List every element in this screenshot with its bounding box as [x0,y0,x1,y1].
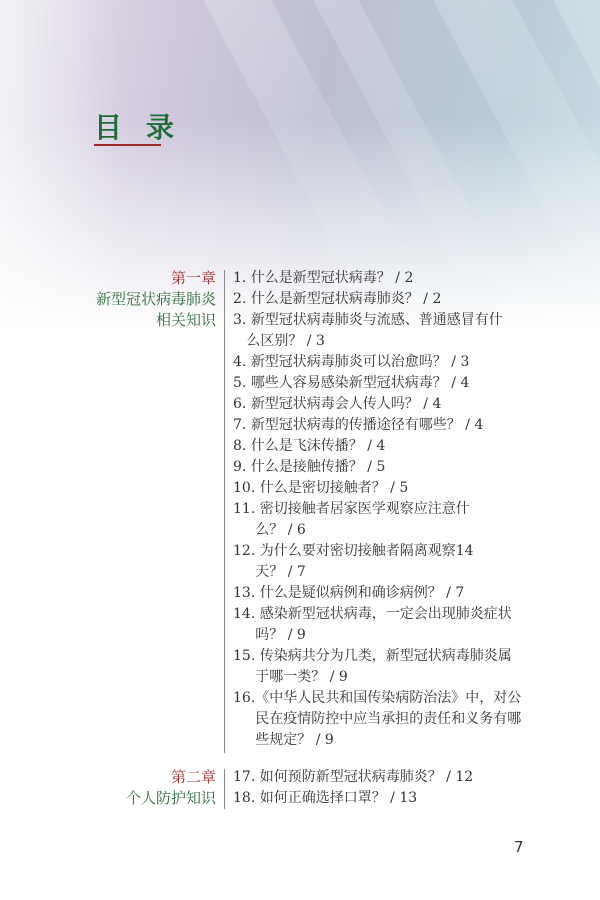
entry-number: 5. [233,373,246,394]
separator: / [386,790,400,806]
entry-text: 什么是接触传播？ [251,459,363,475]
toc-entry[interactable]: 18. 如何正确选择口罩？ / 13 [233,788,543,809]
entry-text: 什么是新型冠状病毒肺炎？ [251,291,419,307]
toc-entry[interactable]: 12. 为什么要对密切接触者隔离观察14天？ / 7 [233,541,483,583]
entry-page: 4 [460,375,469,391]
chapter-1-heading: 第一章 新型冠状病毒肺炎 相关知识 [96,268,216,331]
entry-page: 4 [432,396,441,412]
separator: / [461,417,475,433]
entry-number: 8. [233,436,246,457]
separator: / [311,732,325,748]
chapter-divider [224,270,225,753]
chapter-name-line: 新型冠状病毒肺炎 [96,289,216,310]
toc-entry[interactable]: 16.《中华人民共和国传染病防治法》中，对公民在疫情防控中应当承担的责任和义务有… [233,688,533,751]
toc-entry[interactable]: 15. 传染病共分为几类，新型冠状病毒肺炎属于哪一类？ / 9 [233,646,523,688]
entry-page: 5 [399,480,408,496]
entry-number: 4. [233,352,246,373]
entry-number: 12. [233,541,255,583]
chapter-name-line: 个人防护知识 [126,788,216,809]
entry-number: 11. [233,499,255,541]
title-char-1: 目 [94,106,122,146]
entry-page: 2 [432,291,441,307]
entry-text: 什么是飞沫传播？ [251,438,363,454]
entry-text: 《中华人民共和国传染病防治法》中，对公民在疫情防控中应当承担的责任和义务有哪些规… [255,690,521,748]
separator: / [302,333,316,349]
page-number: 7 [514,838,524,856]
entry-number: 14. [233,604,255,646]
separator: / [283,564,297,580]
entry-text: 什么是新型冠状病毒？ [251,270,391,286]
toc-entry[interactable]: 1. 什么是新型冠状病毒？ / 2 [233,268,543,289]
entry-number: 18. [233,788,255,809]
toc-entry[interactable]: 2. 什么是新型冠状病毒肺炎？ / 2 [233,289,543,310]
separator: / [283,522,297,538]
separator: / [419,396,433,412]
toc-entry[interactable]: 8. 什么是飞沫传播？ / 4 [233,436,543,457]
toc-entry[interactable]: 11. 密切接触者居家医学观察应注意什么？ / 6 [233,499,483,541]
entry-page: 5 [376,459,385,475]
entry-number: 10. [233,478,255,499]
toc-entry[interactable]: 7. 新型冠状病毒的传播途径有哪些？ / 4 [233,415,543,436]
page-title: 目 录 [94,106,174,146]
entry-text: 传染病共分为几类，新型冠状病毒肺炎属于哪一类？ [255,648,511,685]
entry-text: 如何预防新型冠状病毒肺炎？ [260,769,442,785]
chapter-2-heading: 第二章 个人防护知识 [126,767,216,809]
separator: / [363,438,377,454]
entry-text: 什么是密切接触者？ [260,480,386,496]
entry-number: 1. [233,268,246,289]
toc-entry[interactable]: 10. 什么是密切接触者？ / 5 [233,478,543,499]
toc-entry[interactable]: 6. 新型冠状病毒会人传人吗？ / 4 [233,394,543,415]
title-underline [94,144,161,146]
entry-text: 如何正确选择口罩？ [260,790,386,806]
entry-page: 7 [297,564,306,580]
entry-number: 3. [233,310,246,352]
entry-text: 什么是疑似病例和确诊病例？ [260,585,442,601]
separator: / [386,480,400,496]
entry-page: 3 [460,354,469,370]
entry-text: 新型冠状病毒肺炎可以治愈吗？ [251,354,447,370]
entry-page: 12 [455,769,473,785]
chapter-name-line: 相关知识 [96,310,216,331]
separator: / [447,375,461,391]
separator: / [391,270,405,286]
toc-entries: 1. 什么是新型冠状病毒？ / 2 2. 什么是新型冠状病毒肺炎？ / 2 3.… [233,268,543,751]
separator: / [325,669,339,685]
entry-text: 哪些人容易感染新型冠状病毒？ [251,375,447,391]
separator: / [442,769,456,785]
entry-page: 6 [297,522,306,538]
entry-number: 2. [233,289,246,310]
separator: / [283,627,297,643]
separator: / [447,354,461,370]
entry-number: 13. [233,583,255,604]
toc-entry[interactable]: 4. 新型冠状病毒肺炎可以治愈吗？ / 3 [233,352,543,373]
entry-page: 9 [339,669,348,685]
toc-entry[interactable]: 17. 如何预防新型冠状病毒肺炎？ / 12 [233,767,543,788]
entry-number: 6. [233,394,246,415]
entry-page: 9 [325,732,334,748]
toc-entry[interactable]: 9. 什么是接触传播？ / 5 [233,457,543,478]
entry-text: 新型冠状病毒会人传人吗？ [251,396,419,412]
entry-page: 4 [376,438,385,454]
separator: / [442,585,456,601]
title-char-2: 录 [146,106,174,146]
separator: / [419,291,433,307]
toc-entry[interactable]: 5. 哪些人容易感染新型冠状病毒？ / 4 [233,373,543,394]
entry-page: 3 [316,333,325,349]
chapter-number: 第二章 [126,767,216,788]
toc-entry[interactable]: 14. 感染新型冠状病毒，一定会出现肺炎症状吗？ / 9 [233,604,523,646]
entry-page: 2 [404,270,413,286]
entry-text: 新型冠状病毒的传播途径有哪些？ [251,417,461,433]
entry-text: 新型冠状病毒肺炎与流感、普通感冒有什么区别？ [246,312,502,349]
entry-number: 7. [233,415,246,436]
entry-number: 16. [233,688,255,751]
toc-entry[interactable]: 13. 什么是疑似病例和确诊病例？ / 7 [233,583,543,604]
toc-entry[interactable]: 3. 新型冠状病毒肺炎与流感、普通感冒有什么区别？ / 3 [233,310,503,352]
entry-page: 4 [474,417,483,433]
chapter-number: 第一章 [96,268,216,289]
entry-page: 7 [455,585,464,601]
chapter-divider [224,769,225,809]
separator: / [363,459,377,475]
entry-page: 13 [399,790,417,806]
entry-page: 9 [297,627,306,643]
entry-number: 15. [233,646,255,688]
toc-entries: 17. 如何预防新型冠状病毒肺炎？ / 12 18. 如何正确选择口罩？ / 1… [233,767,543,809]
entry-number: 17. [233,767,255,788]
entry-number: 9. [233,457,246,478]
